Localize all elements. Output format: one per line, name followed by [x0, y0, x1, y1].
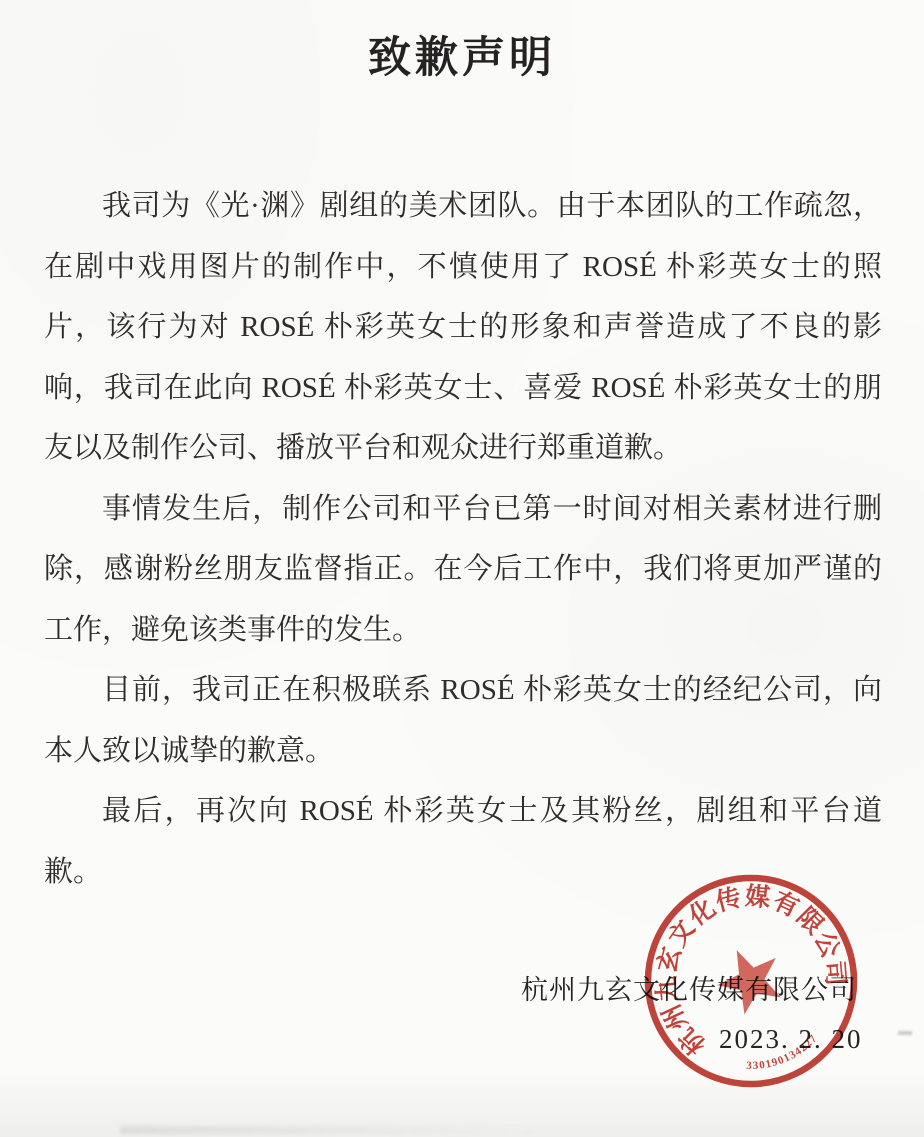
paragraph-2: 事情发生后，制作公司和平台已第一时间对相关素材进行删除，感谢粉丝朋友监督指正。在… — [44, 479, 882, 661]
scan-smudge — [120, 1126, 540, 1134]
document-body: 我司为《光·渊》剧组的美术团队。由于本团队的工作疏忽，在剧中戏用图片的制作中，不… — [44, 176, 882, 902]
document-title: 致歉声明 — [0, 24, 924, 85]
signature-company-name: 杭州九玄文化传媒有限公司 — [521, 968, 857, 1007]
scanned-apology-document: 致歉声明 我司为《光·渊》剧组的美术团队。由于本团队的工作疏忽，在剧中戏用图片的… — [0, 0, 924, 1137]
signature-date: 2023. 2. 20 — [719, 1024, 863, 1055]
scan-artifact-dash — [898, 1031, 912, 1035]
paragraph-3: 目前，我司正在积极联系 ROSÉ 朴彩英女士的经纪公司，向本人致以诚挚的歉意。 — [44, 660, 882, 781]
paragraph-1: 我司为《光·渊》剧组的美术团队。由于本团队的工作疏忽，在剧中戏用图片的制作中，不… — [44, 176, 882, 479]
